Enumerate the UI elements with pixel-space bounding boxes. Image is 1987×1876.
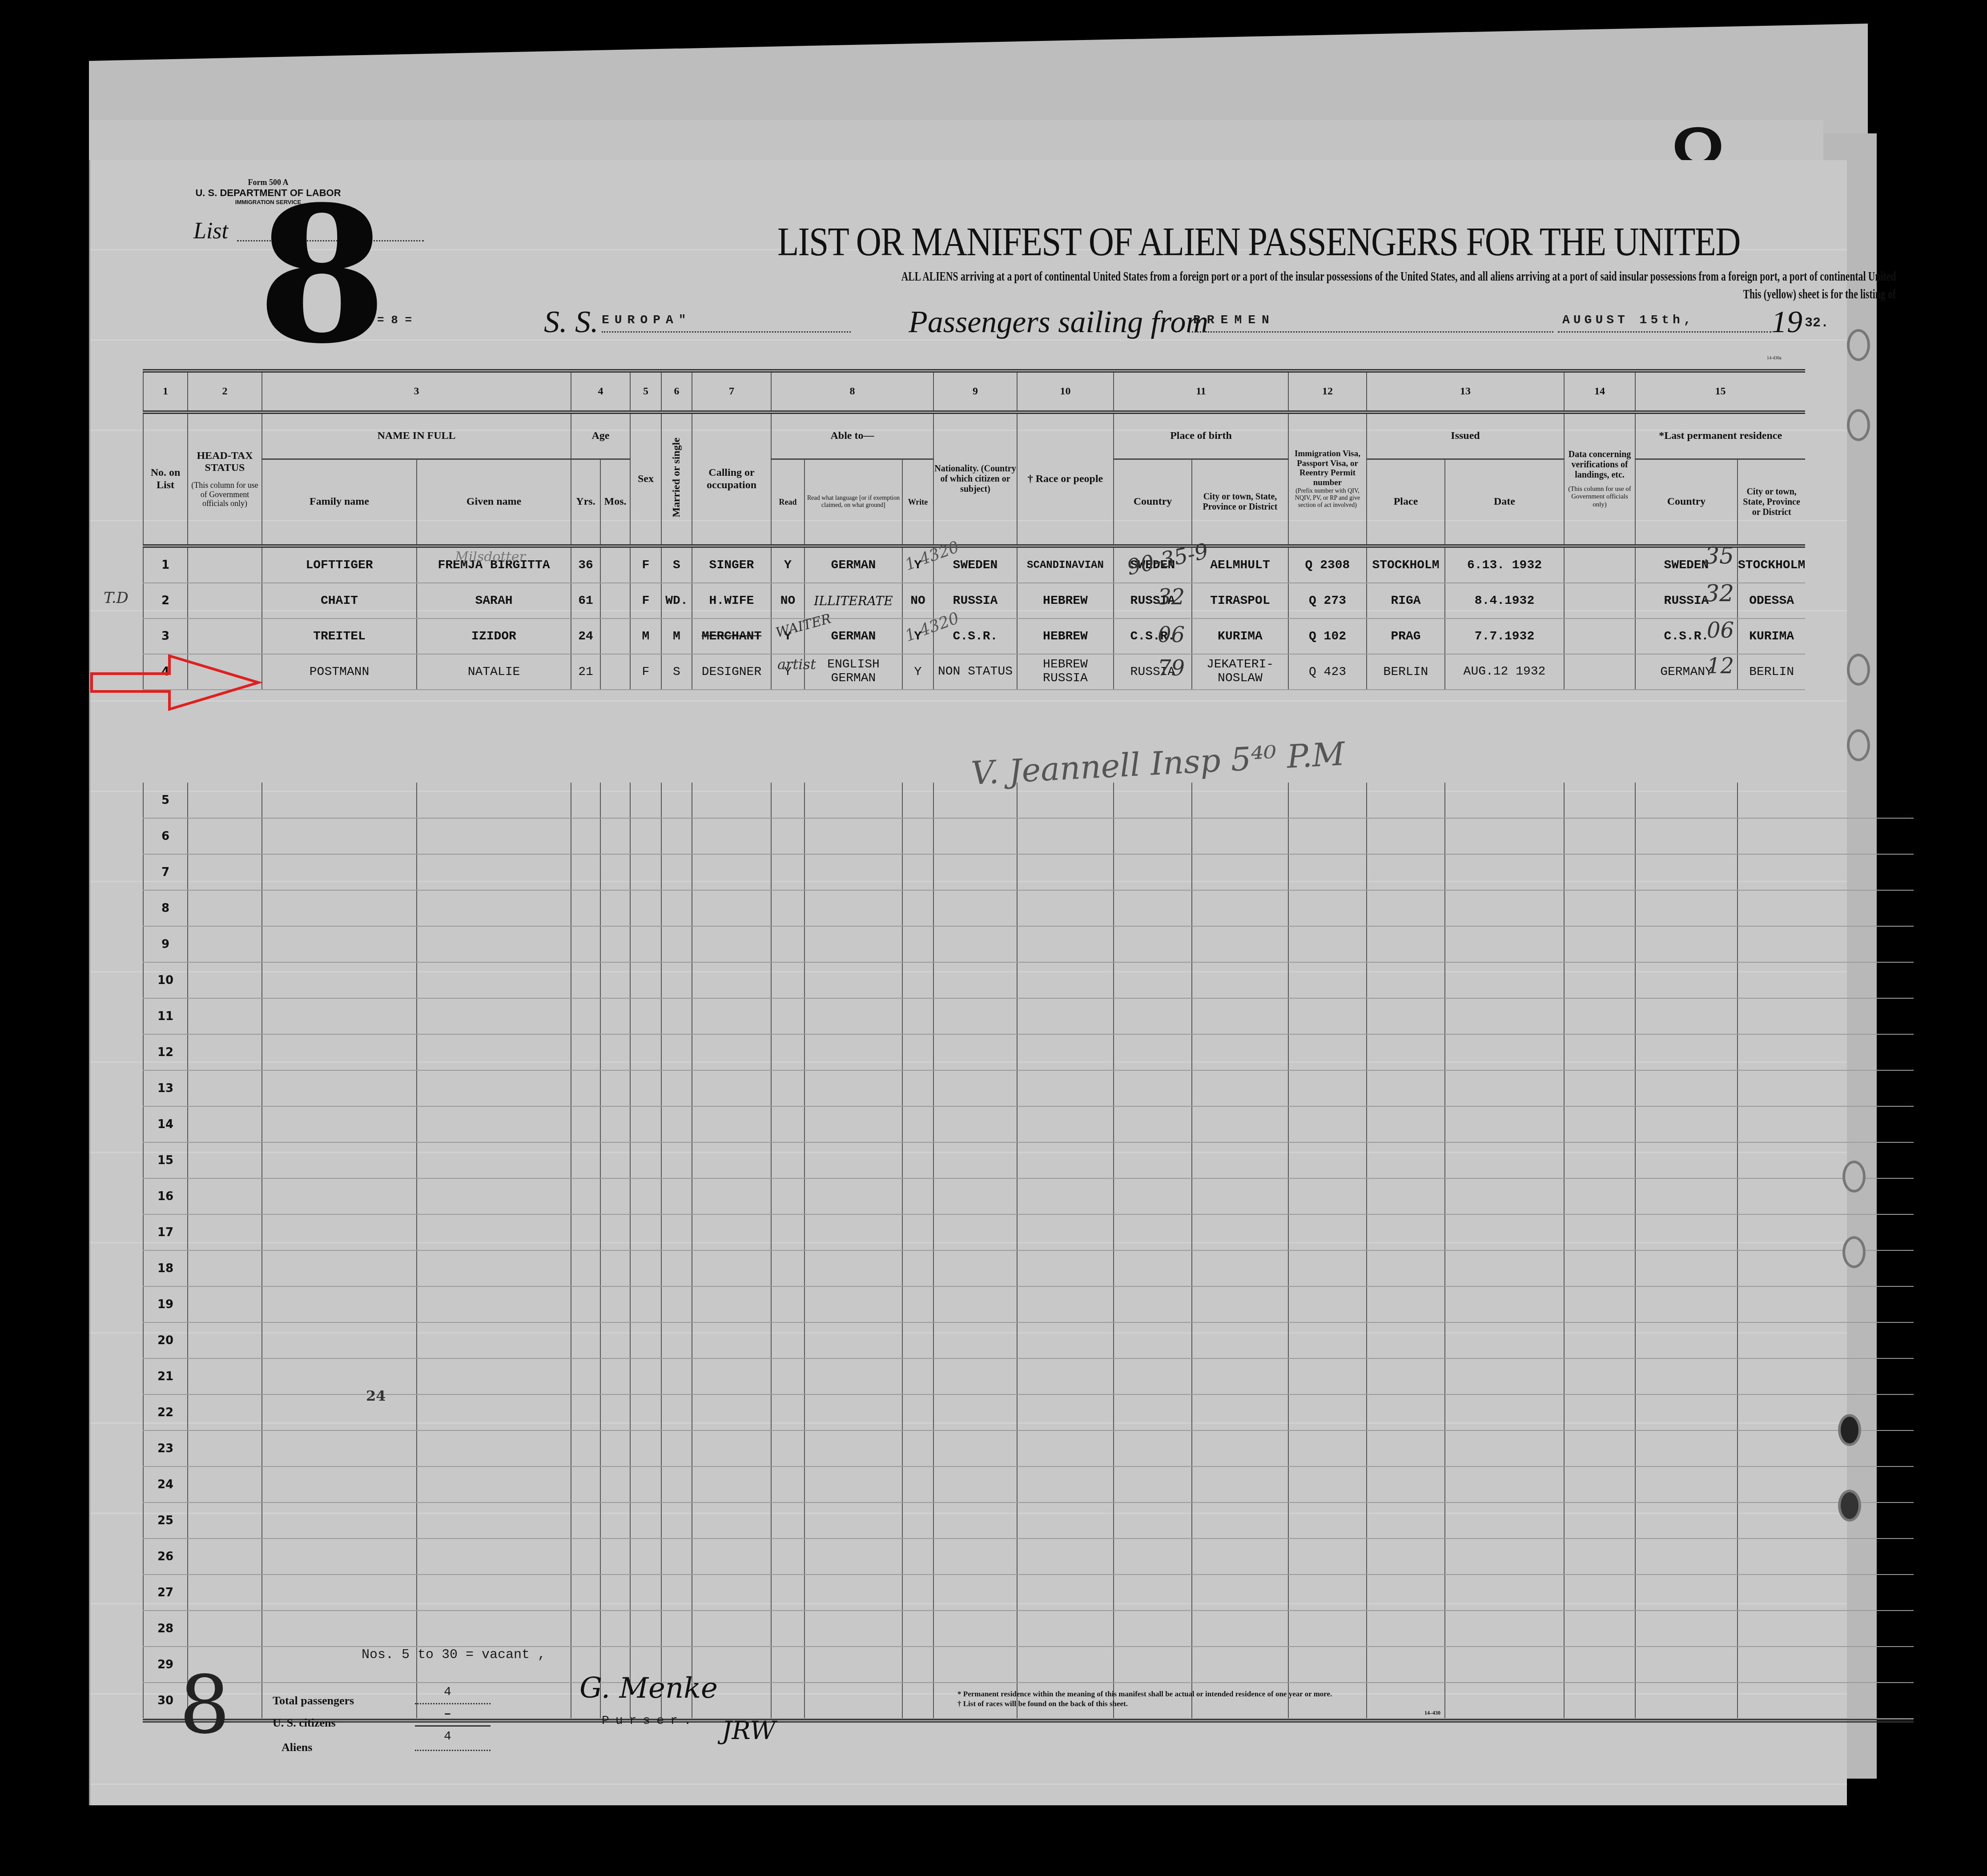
empty-cell (1444, 1431, 1564, 1466)
verification-cell (1564, 619, 1635, 654)
list-label: List (193, 218, 228, 244)
empty-cell (416, 1431, 571, 1466)
write: Y (902, 654, 933, 690)
empty-cell (1366, 1323, 1444, 1358)
empty-cell (1564, 1575, 1635, 1610)
empty-cell (630, 1035, 661, 1070)
empty-cell (692, 855, 771, 890)
empty-cell (1288, 927, 1366, 962)
empty-cell (1737, 1359, 1786, 1394)
visa: Q 423 (1288, 654, 1367, 690)
empty-cell (692, 999, 771, 1034)
empty-cell (1564, 783, 1635, 818)
empty-cell (1737, 1575, 1786, 1610)
empty-cell (1737, 1107, 1786, 1142)
empty-cell (600, 891, 630, 926)
header-name-in-full: NAME IN FULL (262, 412, 571, 459)
empty-cell (1564, 1359, 1635, 1394)
empty-cell (902, 1611, 933, 1646)
family-name: LOFTTIGER (262, 546, 417, 583)
empty-cell (1635, 1215, 1737, 1250)
empty-cell (692, 1035, 771, 1070)
header-age: Age (571, 412, 630, 459)
empty-cell (416, 963, 571, 998)
table-row-empty: 9 (143, 927, 1914, 963)
empty-cell (1288, 783, 1366, 818)
empty-cell (261, 1539, 416, 1574)
race: HEBREW RUSSIA (1017, 654, 1114, 690)
empty-cell (1017, 1539, 1113, 1574)
empty-cell (1564, 1431, 1635, 1466)
empty-cell (630, 819, 661, 854)
empty-cell (933, 1503, 1017, 1538)
empty-cell (187, 1467, 261, 1502)
empty-cell (1113, 783, 1191, 818)
empty-cell (771, 1467, 804, 1502)
empty-cell (1366, 819, 1444, 854)
visa-note: (Prefix number with QIV, NQIV, PV, or RP… (1289, 488, 1366, 509)
empty-cell (571, 1611, 600, 1646)
empty-cell (1288, 1575, 1366, 1610)
header-verification: Data concerning verifications of landing… (1564, 412, 1635, 546)
empty-cell (1191, 1575, 1288, 1610)
list-stamp: = 8 = (377, 313, 412, 327)
col-num-11: 11 (1114, 371, 1288, 412)
empty-cell (1288, 819, 1366, 854)
empty-cell (933, 1467, 1017, 1502)
visa-title: Immigration Visa, Passport Visa, or Reen… (1289, 449, 1366, 488)
age-mos (600, 546, 630, 583)
empty-cell (1113, 1323, 1191, 1358)
table-row-empty: 19 (143, 1287, 1914, 1323)
empty-cell (1366, 1395, 1444, 1430)
empty-cell (1288, 1611, 1366, 1646)
empty-cell (804, 1251, 902, 1286)
empty-cell (1288, 1395, 1366, 1430)
empty-cell (1191, 1359, 1288, 1394)
empty-cell (1366, 963, 1444, 998)
empty-cell (1737, 1647, 1786, 1682)
empty-cell (1366, 1287, 1444, 1322)
row-number: 24 (143, 1467, 187, 1502)
empty-cell (804, 1647, 902, 1682)
empty-cell (1635, 1143, 1737, 1178)
empty-cell (600, 1359, 630, 1394)
empty-cell (804, 1359, 902, 1394)
empty-cell (1635, 1035, 1737, 1070)
table-row-empty: 26 (143, 1539, 1914, 1575)
empty-cell (187, 1503, 261, 1538)
row-number: 22 (143, 1395, 187, 1430)
empty-cell (933, 1287, 1017, 1322)
header-issued: Issued (1367, 412, 1564, 459)
empty-cell (261, 855, 416, 890)
empty-cell (1288, 1359, 1366, 1394)
empty-cell (187, 999, 261, 1034)
empty-cell (187, 1071, 261, 1106)
empty-cell (1564, 1503, 1635, 1538)
empty-cell (416, 783, 571, 818)
empty-cell (902, 1395, 933, 1430)
empty-cell (661, 1215, 692, 1250)
empty-cell (933, 1359, 1017, 1394)
age-mos (600, 654, 630, 690)
empty-cell (416, 1683, 571, 1718)
table-row-empty: 6 (143, 819, 1914, 855)
empty-cell (1635, 1107, 1737, 1142)
manifest-table: 1 2 3 4 5 6 7 8 9 10 11 12 13 14 15 No. … (143, 369, 1805, 690)
footnote-1: * Permanent residence within the meaning… (957, 1690, 1332, 1699)
empty-cell (630, 1503, 661, 1538)
empty-cell (630, 1431, 661, 1466)
empty-cell (187, 1251, 261, 1286)
binder-hole (1847, 729, 1870, 761)
empty-cell (1191, 1467, 1288, 1502)
empty-cell (630, 1539, 661, 1574)
footnote-2: † List of races will be found on the bac… (957, 1699, 1128, 1708)
empty-cell (416, 1395, 571, 1430)
empty-cell (1564, 1071, 1635, 1106)
empty-cell (933, 1431, 1017, 1466)
empty-cell (1191, 1251, 1288, 1286)
empty-cell (771, 1143, 804, 1178)
married: S (661, 654, 692, 690)
empty-cell (1444, 1359, 1564, 1394)
empty-cell (1737, 855, 1786, 890)
empty-cell (933, 855, 1017, 890)
empty-cell (661, 963, 692, 998)
empty-cell (1737, 1539, 1786, 1574)
row-number: 16 (143, 1179, 187, 1214)
empty-cell (261, 891, 416, 926)
visa: Q 273 (1288, 583, 1367, 619)
empty-cell (1288, 1035, 1366, 1070)
empty-cell (1635, 1071, 1737, 1106)
empty-cell (187, 1611, 261, 1646)
empty-cell (571, 999, 600, 1034)
header-yrs: Yrs. (571, 459, 600, 546)
empty-cell (1444, 1179, 1564, 1214)
binder-hole (1838, 1490, 1861, 1522)
empty-cell (630, 1359, 661, 1394)
sex: F (630, 583, 661, 619)
empty-cell (1017, 1107, 1113, 1142)
empty-cell (661, 1575, 692, 1610)
empty-cell (771, 1107, 804, 1142)
empty-cell (1288, 999, 1366, 1034)
empty-cell (804, 1215, 902, 1250)
empty-cell (771, 1035, 804, 1070)
empty-cell (902, 783, 933, 818)
empty-cell (1635, 1575, 1737, 1610)
empty-cell (1113, 1179, 1191, 1214)
head-tax-cell (188, 619, 262, 654)
empty-cell (692, 927, 771, 962)
row-number: 7 (143, 855, 187, 890)
col-num-14: 14 (1564, 371, 1635, 412)
empty-cell (261, 927, 416, 962)
birth-code-2: 32 (1158, 585, 1185, 610)
header-res-city: City or town, State, Province or Distric… (1738, 459, 1805, 546)
empty-cell (1635, 1539, 1737, 1574)
empty-cell (1113, 999, 1191, 1034)
occupation: SINGER (692, 546, 771, 583)
empty-cell (804, 891, 902, 926)
empty-cell (1737, 927, 1786, 962)
empty-cell (1113, 1611, 1191, 1646)
empty-cell (771, 1575, 804, 1610)
empty-cell (1288, 1503, 1366, 1538)
empty-cell (692, 1359, 771, 1394)
empty-cell (187, 855, 261, 890)
empty-cell (1113, 1431, 1191, 1466)
empty-cell (1113, 1539, 1191, 1574)
empty-cell (187, 1395, 261, 1430)
issued-date: AUG.12 1932 (1445, 654, 1564, 690)
empty-cell (261, 1431, 416, 1466)
binder-hole (1847, 409, 1870, 441)
empty-cell (1191, 999, 1288, 1034)
occupation: DESIGNER (692, 654, 771, 690)
empty-cell (571, 1251, 600, 1286)
empty-cell (1113, 891, 1191, 926)
empty-cell (1444, 1503, 1564, 1538)
empty-cell (771, 1683, 804, 1718)
empty-cell (804, 1395, 902, 1430)
empty-cell (692, 1323, 771, 1358)
empty-cell (416, 1539, 571, 1574)
table-row-empty: 13 (143, 1071, 1914, 1107)
res-city: ODESSA (1738, 583, 1805, 619)
empty-cell (1444, 1395, 1564, 1430)
empty-cell (261, 963, 416, 998)
column-number-row: 1 2 3 4 5 6 7 8 9 10 11 12 13 14 15 (143, 371, 1805, 412)
empty-cell (1017, 1467, 1113, 1502)
empty-cell (261, 819, 416, 854)
res-code-2: 32 (1705, 580, 1734, 607)
married: M (661, 619, 692, 654)
empty-cell (600, 1251, 630, 1286)
header-read: Read (771, 459, 804, 546)
binder-hole (1847, 654, 1870, 686)
purser-label: Purser. (602, 1714, 698, 1728)
form-code: 14–430 (1424, 1710, 1440, 1716)
empty-cell (771, 819, 804, 854)
sex: M (630, 619, 661, 654)
read: Y (771, 546, 804, 583)
empty-cell (261, 1395, 416, 1430)
empty-cell (661, 1143, 692, 1178)
empty-cell (933, 1647, 1017, 1682)
empty-cell (416, 1575, 571, 1610)
empty-cell (1444, 1251, 1564, 1286)
empty-cell (1017, 855, 1113, 890)
row-number: 8 (143, 891, 187, 926)
row-number: 23 (143, 1431, 187, 1466)
binder-hole (1842, 1161, 1866, 1193)
empty-cell (1113, 1359, 1191, 1394)
empty-cell (571, 1575, 600, 1610)
empty-cell (1737, 1611, 1786, 1646)
table-row-empty: 27 (143, 1575, 1914, 1611)
header-race: † Race or people (1017, 412, 1114, 546)
empty-cell (1564, 1323, 1635, 1358)
empty-cell (630, 783, 661, 818)
empty-cell (571, 1467, 600, 1502)
table-row: 1 LOFTTIGERFREMJA BIRGITTA 36 FS SINGERY… (143, 546, 1805, 583)
issued-date: 6.13. 1932 (1445, 546, 1564, 583)
empty-cell (1635, 1503, 1737, 1538)
age-mos (600, 619, 630, 654)
col-num-12: 12 (1288, 371, 1367, 412)
occupation: H.WIFE (692, 583, 771, 619)
header-sex: Sex (630, 412, 661, 546)
empty-cell (902, 1647, 933, 1682)
row-number: 10 (143, 963, 187, 998)
header-read-language: Read what language [or if exemption clai… (804, 459, 902, 546)
empty-cell (571, 963, 600, 998)
empty-cell (1564, 1395, 1635, 1430)
form-code-top: 14-430a (1767, 356, 1782, 361)
issued-place: RIGA (1367, 583, 1445, 619)
empty-cell (416, 819, 571, 854)
table-row-empty: 28 (143, 1611, 1914, 1647)
empty-cell (1444, 1539, 1564, 1574)
empty-cell (1635, 1359, 1737, 1394)
empty-cell (187, 927, 261, 962)
empty-cell (416, 1611, 571, 1646)
empty-cell (630, 1287, 661, 1322)
empty-cell (1017, 891, 1113, 926)
empty-cell (902, 1431, 933, 1466)
given-name: NATALIE (417, 654, 571, 690)
empty-cell (1191, 1647, 1288, 1682)
empty-cell (1113, 927, 1191, 962)
empty-cell (571, 1431, 600, 1466)
empty-cell (902, 1179, 933, 1214)
empty-cell (771, 1611, 804, 1646)
res-code-1: 35 (1705, 542, 1734, 569)
empty-cell (692, 819, 771, 854)
empty-cell (1288, 891, 1366, 926)
empty-cell (771, 927, 804, 962)
empty-cell (902, 1215, 933, 1250)
table-row-empty: 14 (143, 1107, 1914, 1143)
empty-cell (416, 1503, 571, 1538)
empty-cell (1191, 1431, 1288, 1466)
purser-signature: G. Menke (579, 1672, 718, 1705)
birth-code-3: 06 (1158, 623, 1185, 647)
empty-cell (600, 1611, 630, 1646)
col-num-15: 15 (1635, 371, 1805, 412)
empty-cell (1113, 819, 1191, 854)
sex: F (630, 654, 661, 690)
empty-cell (933, 891, 1017, 926)
empty-cell (261, 1575, 416, 1610)
empty-cell (804, 1683, 902, 1718)
row-number: 6 (143, 819, 187, 854)
empty-cell (1191, 1395, 1288, 1430)
binder-hole (1842, 1236, 1866, 1268)
empty-cell (902, 1287, 933, 1322)
empty-cell (804, 963, 902, 998)
empty-cell (1564, 1251, 1635, 1286)
empty-cell (1017, 1035, 1113, 1070)
empty-cell (187, 1323, 261, 1358)
empty-cell (1288, 855, 1366, 890)
empty-cell (771, 891, 804, 926)
family-name: TREITEL (262, 619, 417, 654)
empty-cell (1564, 927, 1635, 962)
empty-cell (416, 1215, 571, 1250)
issued-place: STOCKHOLM (1367, 546, 1445, 583)
empty-cell (1737, 1683, 1786, 1718)
empty-cell (1737, 1467, 1786, 1502)
empty-cell (661, 1395, 692, 1430)
empty-cell (1564, 891, 1635, 926)
empty-cell (187, 891, 261, 926)
empty-cell (1366, 891, 1444, 926)
empty-cell (600, 999, 630, 1034)
empty-cell (571, 1323, 600, 1358)
issued-place: BERLIN (1367, 654, 1445, 690)
empty-cell (1191, 1503, 1288, 1538)
birth-city: JEKATERI- NOSLAW (1192, 654, 1288, 690)
empty-cell (187, 1539, 261, 1574)
empty-cell (1737, 1179, 1786, 1214)
table-row-empty: 11 (143, 999, 1914, 1035)
visa: Q 102 (1288, 619, 1367, 654)
visa: Q 2308 (1288, 546, 1367, 583)
head-tax-cell (188, 546, 262, 583)
instructions-text: ALL ALIENS arriving at a port of contine… (901, 269, 1896, 284)
married: S (661, 546, 692, 583)
margin-note: T.D (104, 589, 129, 607)
empty-cell (571, 1107, 600, 1142)
birth-code-4: 79 (1158, 656, 1185, 681)
empty-cell (661, 1323, 692, 1358)
empty-cell (1017, 1071, 1113, 1106)
empty-cell (692, 1431, 771, 1466)
empty-cell (1737, 1287, 1786, 1322)
empty-cell (1564, 1107, 1635, 1142)
empty-cell (571, 1395, 600, 1430)
head-tax-cell (188, 583, 262, 619)
empty-cell (1113, 1035, 1191, 1070)
empty-cell (804, 1179, 902, 1214)
empty-cell (630, 1071, 661, 1106)
row-number: 17 (143, 1215, 187, 1250)
empty-cell (804, 1107, 902, 1142)
empty-cell (261, 1251, 416, 1286)
empty-cell (1017, 1215, 1113, 1250)
empty-cell (1366, 1431, 1444, 1466)
empty-cell (1444, 1611, 1564, 1646)
empty-cell (771, 1395, 804, 1430)
empty-cell (771, 783, 804, 818)
table-row-empty: 16 (143, 1179, 1914, 1215)
empty-cell (661, 783, 692, 818)
empty-cell (1444, 1575, 1564, 1610)
empty-cell (416, 1287, 571, 1322)
age-mos (600, 583, 630, 619)
empty-cell (1635, 783, 1737, 818)
empty-cell (1366, 1143, 1444, 1178)
empty-cell (1191, 1323, 1288, 1358)
empty-cell (661, 1251, 692, 1286)
empty-cell (571, 927, 600, 962)
empty-cell (933, 1395, 1017, 1430)
